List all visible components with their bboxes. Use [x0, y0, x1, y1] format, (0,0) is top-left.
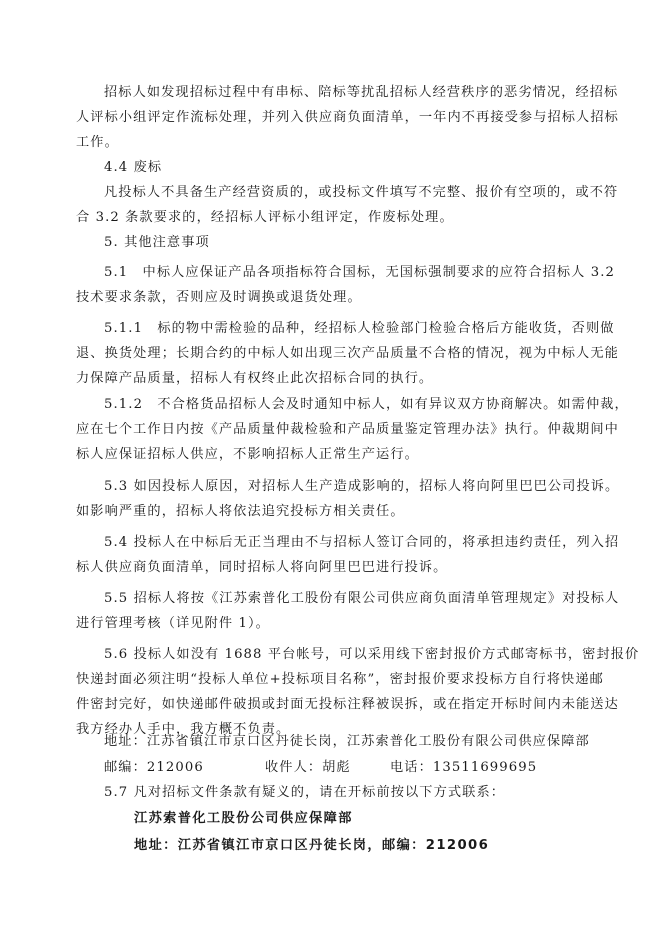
paragraph-line: 工作。	[76, 134, 586, 152]
paragraph-line: 件密封完好，如快递邮件破损或封面无投标注释被误拆，或在指定开标时间内未能送达	[76, 696, 586, 714]
paragraph-line: 标人应保证招标人供应，不影响招标人正常生产运行。	[76, 446, 586, 464]
paragraph-line: 进行管理考核（详见附件 1）。	[76, 615, 586, 633]
paragraph-line: 如影响严重的，招标人将依法追究投标方相关责任。	[76, 503, 586, 521]
paragraph-5-7: 5.7 凡对招标文件条款有疑义的，请在开标前按以下方式联系：	[104, 784, 614, 802]
paragraph-line: 5.1.1 标的物中需检验的品种，经招标人检验部门检验合格后方能收货，否则做	[104, 320, 614, 338]
paragraph-line: 5.1.2 不合格货品招标人会及时通知中标人，如有异议双方协商解决。如需仲裁，	[104, 396, 614, 414]
mailing-recipient: 收件人：胡彪	[265, 759, 390, 777]
paragraph-line: 5.3 如因投标人原因，对招标人生产造成影响的，招标人将向阿里巴巴公司投诉。	[104, 478, 614, 496]
paragraph-line: 力保障产品质量，招标人有权终止此次招标合同的执行。	[76, 370, 586, 388]
paragraph-line: 标人供应商负面清单，同时招标人将向阿里巴巴进行投诉。	[76, 559, 586, 577]
mailing-phone: 电话：13511699695	[390, 759, 537, 777]
paragraph-line: 技术要求条款，否则应及时调换或退货处理。	[76, 289, 586, 307]
paragraph-line: 5.1 中标人应保证产品各项指标符合国标，无国标强制要求的应符合招标人 3.2	[104, 264, 614, 282]
mailing-info-row: 邮编：212006 收件人：胡彪 电话：13511699695	[104, 759, 614, 777]
mailing-address: 地址：江苏省镇江市京口区丹徒长岗，江苏索普化工股份有限公司供应保障部	[104, 733, 614, 751]
paragraph-line: 招标人如发现招标过程中有串标、陪标等扰乱招标人经营秩序的恶劣情况，经招标	[104, 84, 614, 102]
paragraph-line: 凡投标人不具备生产经营资质的，或投标文件填写不完整、报价有空项的，或不符	[104, 184, 614, 202]
paragraph-line: 合 3.2 条款要求的，经招标人评标小组评定，作废标处理。	[76, 209, 586, 227]
paragraph-line: 快递封面必须注明“投标人单位+投标项目名称”，密封报价要求投标方自行将快递邮	[76, 671, 586, 689]
paragraph-line: 退、换货处理；长期合约的中标人如出现三次产品质量不合格的情况，视为中标人无能	[76, 345, 586, 363]
section-heading-4-4: 4.4 废标	[104, 159, 614, 177]
contact-department: 江苏索普化工股份公司供应保障部	[134, 810, 644, 828]
paragraph-line: 5.5 招标人将按《江苏索普化工股份有限公司供应商负面清单管理规定》对投标人	[104, 590, 614, 608]
paragraph-line: 5.4 投标人在中标后无正当理由不与招标人签订合同的，将承担违约责任，列入招	[104, 534, 614, 552]
contact-address: 地址：江苏省镇江市京口区丹徒长岗，邮编：212006	[134, 837, 644, 855]
paragraph-line: 5.6 投标人如没有 1688 平台帐号，可以采用线下密封报价方式邮寄标书，密封…	[104, 646, 614, 664]
mailing-postcode: 邮编：212006	[104, 759, 265, 777]
paragraph-line: 应在七个工作日内按《产品质量仲裁检验和产品质量鉴定管理办法》执行。仲裁期间中	[76, 421, 586, 439]
section-heading-5: 5. 其他注意事项	[104, 234, 614, 252]
paragraph-line: 人评标小组评定作流标处理，并列入供应商负面清单，一年内不再接受参与招标人招标	[76, 109, 586, 127]
document-page: 招标人如发现招标过程中有串标、陪标等扰乱招标人经营秩序的恶劣情况，经招标 人评标…	[0, 0, 662, 936]
